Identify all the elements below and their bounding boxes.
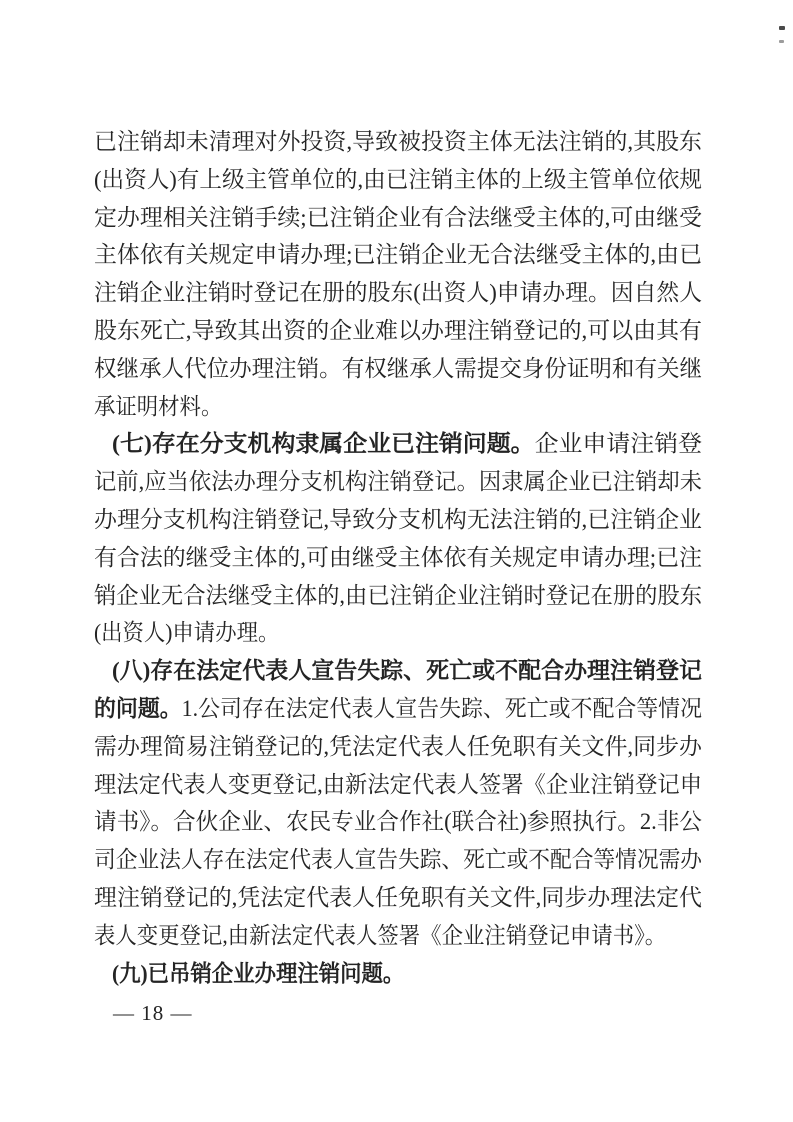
heading-text: (八)存在法定代表人宣告失踪、死亡或不配合办理注销登记 [112,658,702,683]
text-line-content: (九)已吊销企业办理注销问题。 [112,955,404,993]
text-line-content: 有合法的继受主体的,可由继受主体依有关规定申请办理;已注 [94,539,702,577]
heading-text: 的问题。 [94,696,182,721]
page-number: — 18 — [113,1001,193,1025]
text-line-content: 承证明材料。 [94,388,222,426]
heading-text: (七)存在分支机构隶属企业已注销问题。 [112,431,535,456]
body-text: 记前,应当依法办理分支机构注销登记。因隶属企业已注销却未 [94,469,702,494]
text-line: 定办理相关注销手续;已注销企业有合法继受主体的,可由继受 [94,199,702,237]
body-text: (出资人)有上级主管单位的,由已注销主体的上级主管单位依规 [94,167,702,192]
text-line-content: 记前,应当依法办理分支机构注销登记。因隶属企业已注销却未 [94,463,702,501]
text-line: 已注销却未清理对外投资,导致被投资主体无法注销的,其股东 [94,123,702,161]
text-line-content: 的问题。1.公司存在法定代表人宣告失踪、死亡或不配合等情况 [94,690,702,728]
text-line: 销企业无合法继受主体的,由已注销企业注销时登记在册的股东 [94,577,702,615]
text-line: 承证明材料。 [94,388,702,426]
body-text: 主体依有关规定申请办理;已注销企业无合法继受主体的,由已 [94,242,702,267]
text-line: (出资人)申请办理。 [94,614,702,652]
text-line-content: 请书》。合伙企业、农民专业合作社(联合社)参照执行。2.非公 [94,803,702,841]
text-line: (出资人)有上级主管单位的,由已注销主体的上级主管单位依规 [94,161,702,199]
text-line-content: 理注销登记的,凭法定代表人任免职有关文件,同步办理法定代 [94,879,702,917]
body-text: 理注销登记的,凭法定代表人任免职有关文件,同步办理法定代 [94,885,702,910]
body-text: 请书》。合伙企业、农民专业合作社(联合社)参照执行。2.非公 [94,809,702,834]
body-text: 需办理简易注销登记的,凭法定代表人任免职有关文件,同步办 [94,734,702,759]
text-line-content: 司企业法人存在法定代表人宣告失踪、死亡或不配合等情况需办 [94,841,702,879]
text-block: 已注销却未清理对外投资,导致被投资主体无法注销的,其股东(出资人)有上级主管单位… [94,123,702,992]
document-page: 已注销却未清理对外投资,导致被投资主体无法注销的,其股东(出资人)有上级主管单位… [0,0,793,1122]
text-line-content: 注销企业注销时登记在册的股东(出资人)申请办理。因自然人 [94,274,702,312]
text-line: 股东死亡,导致其出资的企业难以办理注销登记的,可以由其有 [94,312,702,350]
body-text: 定办理相关注销手续;已注销企业有合法继受主体的,可由继受 [94,205,702,230]
body-text: 有合法的继受主体的,可由继受主体依有关规定申请办理;已注 [94,545,702,570]
text-line: 表人变更登记,由新法定代表人签署《企业注销登记申请书》。 [94,917,702,955]
text-line-content: 销企业无合法继受主体的,由已注销企业注销时登记在册的股东 [94,577,702,615]
text-line: 有合法的继受主体的,可由继受主体依有关规定申请办理;已注 [94,539,702,577]
text-line: 的问题。1.公司存在法定代表人宣告失踪、死亡或不配合等情况 [94,690,702,728]
body-text: 注销企业注销时登记在册的股东(出资人)申请办理。因自然人 [94,280,702,305]
text-line: 请书》。合伙企业、农民专业合作社(联合社)参照执行。2.非公 [94,803,702,841]
text-line-content: (七)存在分支机构隶属企业已注销问题。企业申请注销登 [112,425,702,463]
scan-artifact-mark [779,40,784,43]
body-text: 企业申请注销登 [535,431,702,456]
body-text: 已注销却未清理对外投资,导致被投资主体无法注销的,其股东 [94,129,702,154]
text-line-content: 理法定代表人变更登记,由新法定代表人签署《企业注销登记申 [94,766,702,804]
body-text: 1.公司存在法定代表人宣告失踪、死亡或不配合等情况 [182,696,702,721]
text-line: (八)存在法定代表人宣告失踪、死亡或不配合办理注销登记 [94,652,702,690]
body-text: 承证明材料。 [94,394,222,419]
text-line: (七)存在分支机构隶属企业已注销问题。企业申请注销登 [94,425,702,463]
text-line: (九)已吊销企业办理注销问题。 [94,955,702,993]
body-text: 销企业无合法继受主体的,由已注销企业注销时登记在册的股东 [94,583,702,608]
text-line-content: 权继承人代位办理注销。有权继承人需提交身份证明和有关继 [94,350,702,388]
body-text: 股东死亡,导致其出资的企业难以办理注销登记的,可以由其有 [94,318,702,343]
scan-artifact-mark [779,26,785,30]
text-line: 司企业法人存在法定代表人宣告失踪、死亡或不配合等情况需办 [94,841,702,879]
text-line-content: 定办理相关注销手续;已注销企业有合法继受主体的,可由继受 [94,199,702,237]
text-line-content: 已注销却未清理对外投资,导致被投资主体无法注销的,其股东 [94,123,702,161]
text-line-content: 主体依有关规定申请办理;已注销企业无合法继受主体的,由已 [94,236,702,274]
body-text: 表人变更登记,由新法定代表人签署《企业注销登记申请书》。 [94,923,666,948]
body-text: 办理分支机构注销登记,导致分支机构无法注销的,已注销企业 [94,507,702,532]
text-line-content: 办理分支机构注销登记,导致分支机构无法注销的,已注销企业 [94,501,702,539]
text-line: 记前,应当依法办理分支机构注销登记。因隶属企业已注销却未 [94,463,702,501]
body-text: 理法定代表人变更登记,由新法定代表人签署《企业注销登记申 [94,772,702,797]
text-line-content: (八)存在法定代表人宣告失踪、死亡或不配合办理注销登记 [112,652,702,690]
text-line: 权继承人代位办理注销。有权继承人需提交身份证明和有关继 [94,350,702,388]
body-text: 权继承人代位办理注销。有权继承人需提交身份证明和有关继 [94,356,702,381]
text-line-content: (出资人)申请办理。 [94,614,279,652]
body-text: 司企业法人存在法定代表人宣告失踪、死亡或不配合等情况需办 [94,847,702,872]
text-line: 办理分支机构注销登记,导致分支机构无法注销的,已注销企业 [94,501,702,539]
text-line: 理法定代表人变更登记,由新法定代表人签署《企业注销登记申 [94,766,702,804]
text-line-content: 需办理简易注销登记的,凭法定代表人任免职有关文件,同步办 [94,728,702,766]
text-line-content: (出资人)有上级主管单位的,由已注销主体的上级主管单位依规 [94,161,702,199]
heading-text: (九)已吊销企业办理注销问题。 [112,961,404,986]
text-line-content: 表人变更登记,由新法定代表人签署《企业注销登记申请书》。 [94,917,666,955]
text-line: 需办理简易注销登记的,凭法定代表人任免职有关文件,同步办 [94,728,702,766]
text-line: 注销企业注销时登记在册的股东(出资人)申请办理。因自然人 [94,274,702,312]
text-line-content: 股东死亡,导致其出资的企业难以办理注销登记的,可以由其有 [94,312,702,350]
text-line: 理注销登记的,凭法定代表人任免职有关文件,同步办理法定代 [94,879,702,917]
text-line: 主体依有关规定申请办理;已注销企业无合法继受主体的,由已 [94,236,702,274]
body-text: (出资人)申请办理。 [94,620,279,645]
